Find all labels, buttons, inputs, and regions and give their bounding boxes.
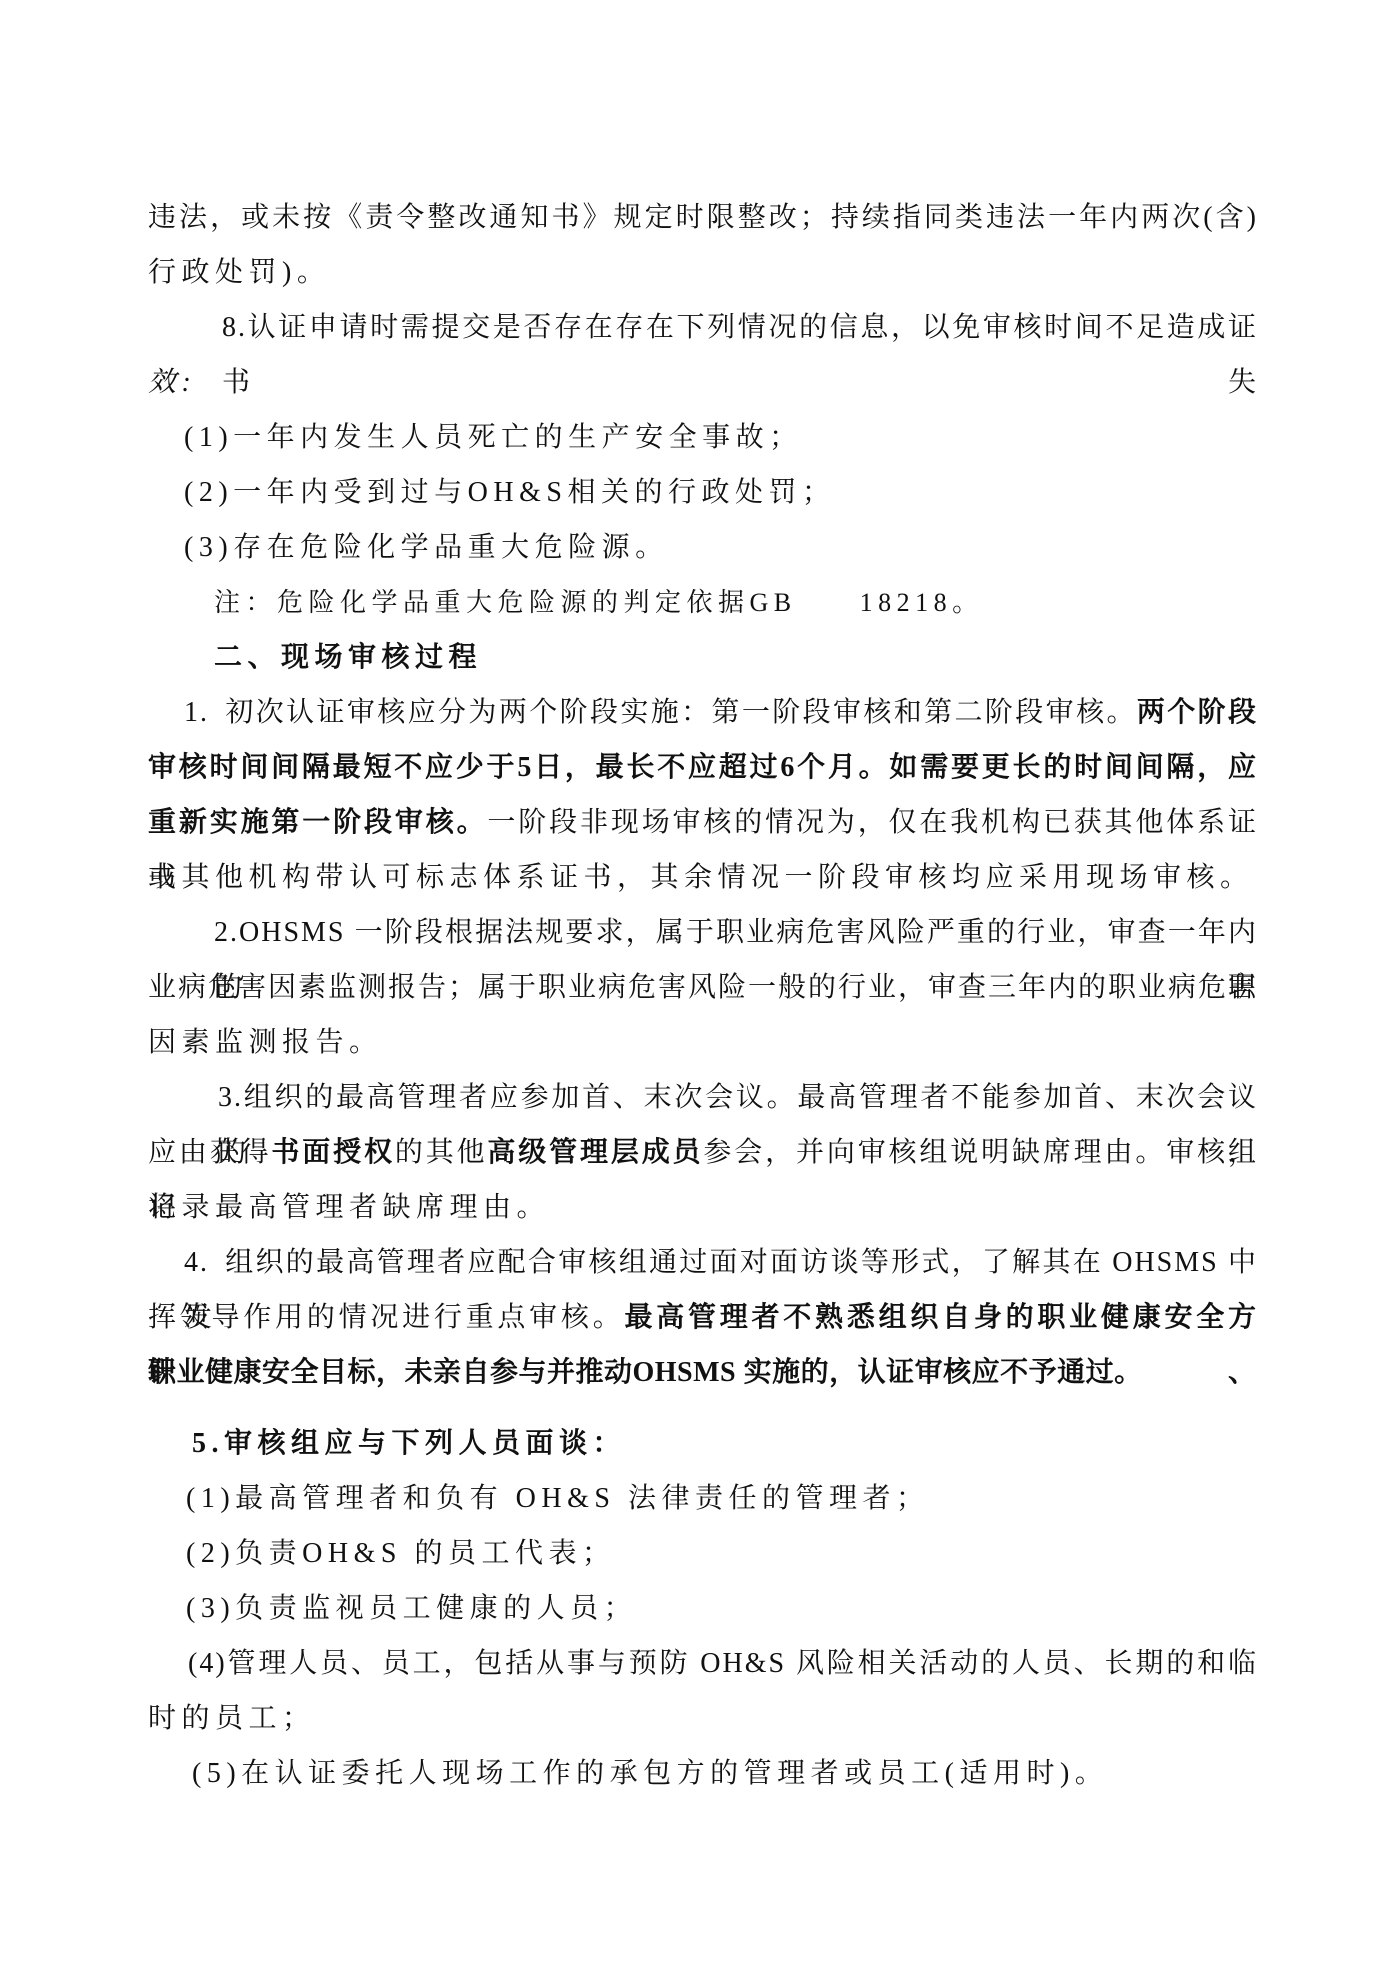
bold-text-run: 审核时间间隔最短不应少于5日，最长不应超过6个月。如需要更长的时间间隔，应: [148, 752, 1258, 783]
text-line: 业病危害因素监测报告；属于职业病危害风险一般的行业，审查三年内的职业病危害: [148, 960, 1258, 1015]
text-run: 或其他机构带认可标志体系证书，其余情况一阶段审核均应采用现场审核。: [148, 862, 1254, 893]
text-line: 审核时间间隔最短不应少于5日，最长不应超过6个月。如需要更长的时间间隔，应: [148, 740, 1258, 795]
text-line: 职业健康安全目标，未亲自参与并推动OHSMS 实施的，认证审核应不予通过。: [148, 1345, 1258, 1400]
text-line: 重新实施第一阶段审核。一阶段非现场审核的情况为，仅在我机构已获其他体系证书: [148, 795, 1258, 850]
text-run: (5)在认证委托人现场工作的承包方的管理者或员工(适用时)。: [192, 1758, 1108, 1789]
text-line: (5)在认证委托人现场工作的承包方的管理者或员工(适用时)。: [148, 1746, 1258, 1801]
text-run: 应由获得: [148, 1137, 271, 1168]
bold-text-run: 二、现场审核过程: [214, 642, 482, 673]
text-line: 1. 初次认证审核应分为两个阶段实施：第一阶段审核和第二阶段审核。两个阶段: [148, 685, 1258, 740]
text-run: 时的员工；: [148, 1703, 316, 1734]
italic-text-run: 效:: [148, 367, 196, 398]
text-line: 或其他机构带认可标志体系证书，其余情况一阶段审核均应采用现场审核。: [148, 850, 1258, 905]
text-run: 8.认证申请时需提交是否存在存在下列情况的信息，以免审核时间不足造成证书失: [222, 312, 1258, 398]
text-line: 8.认证申请时需提交是否存在存在下列情况的信息，以免审核时间不足造成证书失: [148, 300, 1258, 355]
text-run: 1. 初次认证审核应分为两个阶段实施：第一阶段审核和第二阶段审核。: [184, 697, 1137, 728]
text-run: 因素监测报告。: [148, 1027, 383, 1058]
text-line: 挥领导作用的情况进行重点审核。最高管理者不熟悉组织自身的职业健康安全方针、: [148, 1290, 1258, 1345]
text-run: (3)负责监视员工健康的人员；: [186, 1593, 637, 1624]
text-run: (2)一年内受到过与OH&S相关的行政处罚；: [184, 477, 835, 508]
text-line: (3)负责监视员工健康的人员；: [148, 1581, 1258, 1636]
bold-text-run: 书面授权: [271, 1137, 394, 1168]
text-line: 违法，或未按《责令整改通知书》规定时限整改；持续指同类违法一年内两次(含): [148, 190, 1258, 245]
text-line: 3.组织的最高管理者应参加首、末次会议。最高管理者不能参加首、末次会议的，: [148, 1070, 1258, 1125]
text-run: 记录最高管理者缺席理由。: [148, 1192, 550, 1223]
text-line: 因素监测报告。: [148, 1015, 1258, 1070]
text-run: 行政处罚)。: [148, 257, 330, 288]
bold-text-run: 重新实施第一阶段审核。: [148, 807, 487, 838]
text-line: 4. 组织的最高管理者应配合审核组通过面对面访谈等形式，了解其在 OHSMS 中…: [148, 1235, 1258, 1290]
bold-text-run: 5.审核组应与下列人员面谈：: [192, 1428, 626, 1459]
text-run: 的其他: [395, 1137, 488, 1168]
text-line: (1)一年内发生人员死亡的生产安全事故；: [148, 410, 1258, 465]
text-run: 违法，或未按《责令整改通知书》规定时限整改；持续指同类违法一年内两次(含): [148, 202, 1258, 233]
document-body: 违法，或未按《责令整改通知书》规定时限整改；持续指同类违法一年内两次(含)行政处…: [148, 190, 1258, 1801]
text-line: (4)管理人员、员工，包括从事与预防 OH&S 风险相关活动的人员、长期的和临: [148, 1636, 1258, 1691]
text-run: (3)存在危险化学品重大危险源。: [184, 532, 669, 563]
text-line: 2.OHSMS 一阶段根据法规要求，属于职业病危害风险严重的行业，审查一年内的职: [148, 905, 1258, 960]
text-run: 注：危险化学品重大危险源的判定依据GB 18218。: [214, 588, 984, 617]
text-line: 记录最高管理者缺席理由。: [148, 1180, 1258, 1235]
text-run: (1)一年内发生人员死亡的生产安全事故；: [184, 422, 803, 453]
text-line: 注：危险化学品重大危险源的判定依据GB 18218。: [148, 575, 1258, 630]
text-line: (2)一年内受到过与OH&S相关的行政处罚；: [148, 465, 1258, 520]
text-run: (1)最高管理者和负有 OH&S 法律责任的管理者；: [186, 1483, 929, 1514]
text-line: (1)最高管理者和负有 OH&S 法律责任的管理者；: [148, 1471, 1258, 1526]
text-line: 5.审核组应与下列人员面谈：: [148, 1416, 1258, 1471]
bold-text-run: 职业健康安全目标，未亲自参与并推动OHSMS 实施的，认证审核应不予通过。: [148, 1357, 1143, 1388]
text-line: (3)存在危险化学品重大危险源。: [148, 520, 1258, 575]
text-line: 时的员工；: [148, 1691, 1258, 1746]
text-run: 业病危害因素监测报告；属于职业病危害风险一般的行业，审查三年内的职业病危害: [148, 972, 1258, 1003]
text-line: 应由获得书面授权的其他高级管理层成员参会，并向审核组说明缺席理由。审核组将: [148, 1125, 1258, 1180]
text-line: 二、现场审核过程: [148, 630, 1258, 685]
text-line: 行政处罚)。: [148, 245, 1258, 300]
document-page: 违法，或未按《责令整改通知书》规定时限整改；持续指同类违法一年内两次(含)行政处…: [0, 0, 1400, 1980]
text-line: (2)负责OH&S 的员工代表；: [148, 1526, 1258, 1581]
text-run: (4)管理人员、员工，包括从事与预防 OH&S 风险相关活动的人员、长期的和临: [188, 1648, 1258, 1679]
text-run: 挥领导作用的情况进行重点审核。: [148, 1302, 624, 1333]
text-run: (2)负责OH&S 的员工代表；: [186, 1538, 615, 1569]
bold-text-run: 高级管理层成员: [487, 1137, 703, 1168]
bold-text-run: 两个阶段: [1137, 697, 1258, 728]
